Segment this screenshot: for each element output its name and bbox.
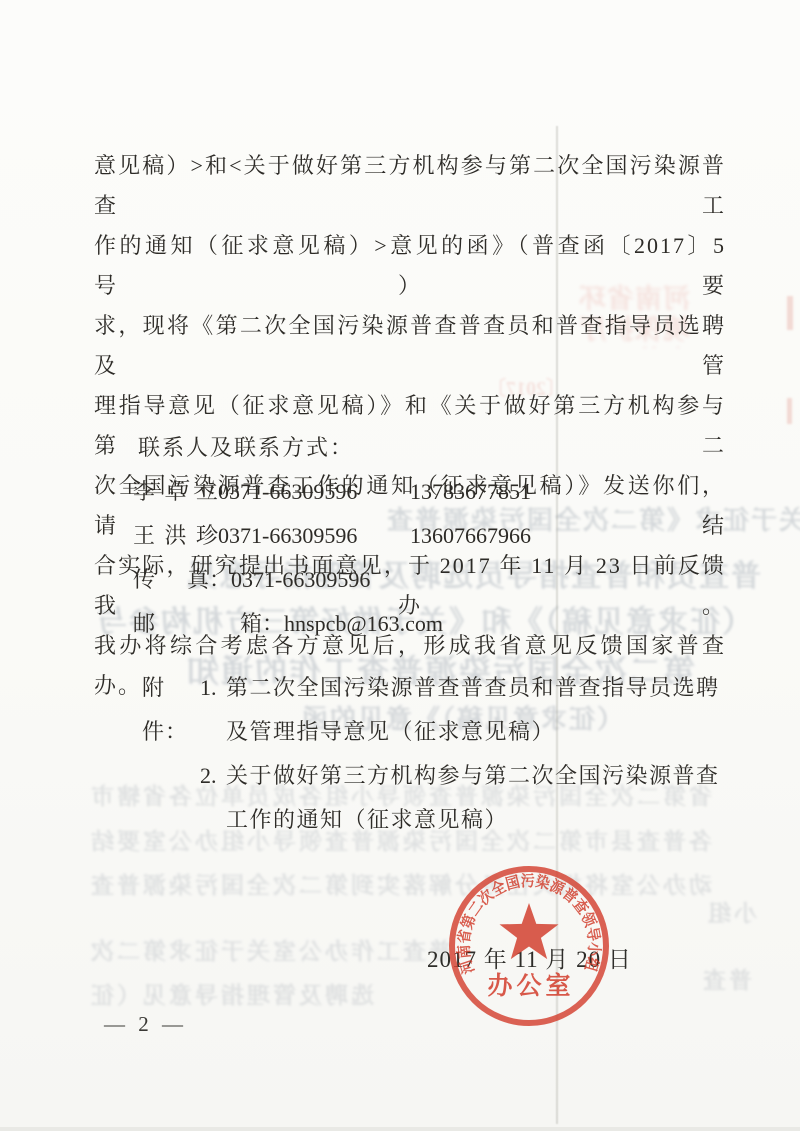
- contact-mobile: 13783677851: [410, 470, 531, 514]
- scan-bottom-edge: [0, 1127, 800, 1131]
- attachment-number: 2.: [200, 754, 226, 842]
- contact-name: 王洪珍: [133, 514, 218, 558]
- attachments-block: 附件： 1. 第二次全国污染源普查普查员和普查指导员选聘 及管理指导意见（征求意…: [142, 666, 720, 842]
- attachment-text-line: 工作的通知（征求意见稿）: [226, 798, 720, 842]
- attachment-item: 1. 第二次全国污染源普查普查员和普查指导员选聘 及管理指导意见（征求意见稿）: [200, 666, 720, 754]
- contact-phone: 0371-66309596: [218, 514, 410, 558]
- attachments-label: 附件：: [142, 666, 200, 842]
- attachment-item: 2. 关于做好第三方机构参与第二次全国污染源普查 工作的通知（征求意见稿）: [200, 754, 720, 842]
- bleedthrough-body-line: 普查工作办公室关于征求第二次: [88, 933, 452, 966]
- bleedthrough-fragment: 小组: [705, 895, 757, 928]
- contact-block: 联系人及联系方式： 李卓立 0371-66309596 13783677851 …: [133, 426, 531, 646]
- document-page: 河南省环境保护厅文件 〔2017〕 关于征求《第二次全国污染源普查 普查员和普查…: [0, 0, 800, 1131]
- email-value: hnspcb@163.com: [284, 602, 443, 646]
- fax-label: 传真: [133, 558, 209, 602]
- scan-edge-smudge: [787, 398, 792, 424]
- fax-value: 0371-66309596: [231, 558, 370, 602]
- contact-name: 李卓立: [133, 470, 218, 514]
- attachments-list: 1. 第二次全国污染源普查普查员和普查指导员选聘 及管理指导意见（征求意见稿） …: [200, 666, 720, 842]
- paragraph-line: 求，现将《第二次全国污染源普查普查员和普查指导员选聘及管: [94, 306, 726, 386]
- email-colon: ：: [262, 602, 284, 646]
- scan-edge-smudge: [787, 296, 793, 330]
- attachment-number: 1.: [200, 666, 226, 754]
- contact-mobile: 13607667966: [410, 514, 531, 558]
- attachment-text-line: 关于做好第三方机构参与第二次全国污染源普查: [226, 754, 720, 798]
- seal-office-label: 办公室: [487, 972, 574, 1000]
- email-label: 邮箱: [133, 602, 262, 646]
- contact-row: 王洪珍 0371-66309596 13607667966: [133, 514, 531, 558]
- fax-colon: ：: [209, 558, 231, 602]
- bleedthrough-fragment: 普查: [700, 962, 752, 995]
- contact-phone: 0371-66309596: [218, 470, 410, 514]
- email-row: 邮箱：hnspcb@163.com: [133, 602, 531, 646]
- seal-star-icon: [500, 903, 559, 959]
- page-number: — 2 —: [104, 1012, 187, 1037]
- fax-row: 传真：0371-66309596: [133, 558, 531, 602]
- official-seal: 河南省第二次全国污染源普查领导小组 办公室: [443, 860, 615, 1032]
- paragraph-line: 意见稿）>和<关于做好第三方机构参与第二次全国污染源普查工: [94, 146, 726, 226]
- bleedthrough-body-line: 动办公室将相关任务分解落实到第二次全国污染源普查: [88, 867, 712, 900]
- attachment-text-line: 第二次全国污染源普查普查员和普查指导员选聘: [226, 666, 720, 710]
- contact-row: 李卓立 0371-66309596 13783677851: [133, 470, 531, 514]
- paragraph-line: 作的通知（征求意见稿）>意见的函》（普查函〔2017〕5 号）要: [94, 226, 726, 306]
- bleedthrough-body-line: 选聘及管理指导意见（征: [88, 977, 374, 1010]
- contact-header: 联系人及联系方式：: [138, 426, 531, 470]
- attachment-text-line: 及管理指导意见（征求意见稿）: [226, 710, 720, 754]
